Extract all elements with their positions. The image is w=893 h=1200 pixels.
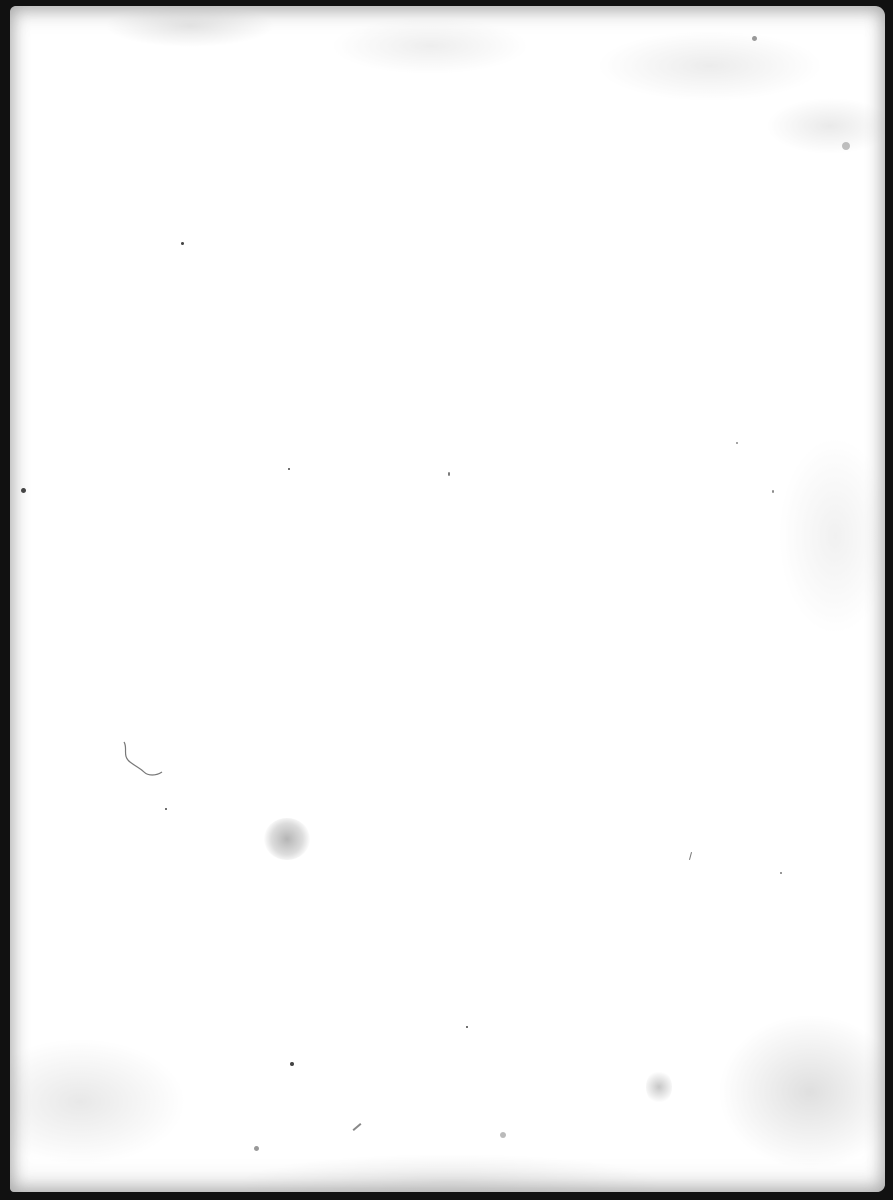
- blank-page: [10, 6, 885, 1192]
- dust-speck: [254, 1146, 259, 1151]
- dust-speck: [165, 808, 167, 810]
- edge-discoloration-right: [725, 386, 885, 686]
- dust-speck: [689, 852, 692, 860]
- dust-speck: [842, 142, 850, 150]
- smudge-mark: [264, 818, 310, 860]
- dust-speck: [288, 468, 290, 470]
- dust-speck: [448, 472, 450, 476]
- fiber-mark: [110, 734, 170, 784]
- edge-discoloration-top: [10, 6, 885, 176]
- dust-speck: [736, 442, 738, 444]
- dust-speck: [181, 242, 184, 245]
- edge-discoloration-bottom: [10, 972, 885, 1192]
- dust-speck: [466, 1026, 468, 1028]
- dust-speck: [780, 872, 782, 874]
- dust-speck: [500, 1132, 506, 1138]
- scanner-background: [0, 0, 893, 1200]
- smudge-mark: [646, 1070, 672, 1104]
- dust-speck: [772, 490, 774, 493]
- dust-speck: [21, 488, 26, 493]
- dust-speck: [290, 1062, 294, 1066]
- dust-speck: [752, 36, 757, 41]
